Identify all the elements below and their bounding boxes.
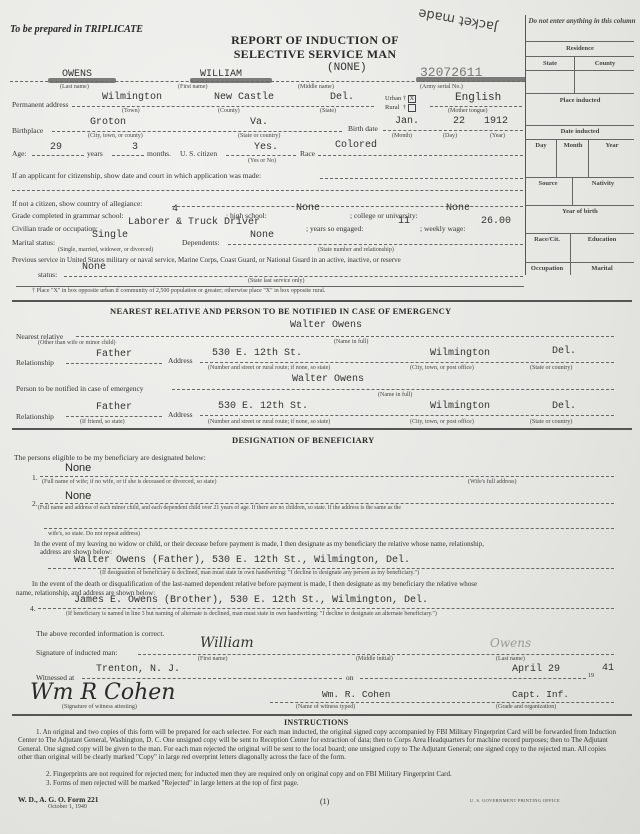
grammar-school-value: 4 [172, 204, 178, 215]
children-caption-2: wife's, so state. Do not repeat address) [48, 531, 140, 537]
beneficiary-intro: The persons eligible to be my beneficiar… [14, 453, 206, 462]
information-correct-statement: The above recorded information is correc… [36, 629, 164, 638]
birthplace-label: Birthplace [12, 126, 43, 135]
witness-grade-value: Capt. Inf. [512, 689, 569, 700]
previous-service-value: None [82, 262, 106, 273]
citizen-line [226, 155, 296, 156]
date-inducted-label: Date inducted [526, 128, 634, 135]
high-school-value: None [296, 203, 320, 214]
witness-typed-name: Wm. R. Cohen [322, 689, 390, 700]
notify-city-value: Wilmington [430, 401, 490, 412]
us-citizen-value: Yes. [254, 142, 278, 153]
notify-state-value: Del. [552, 401, 576, 412]
relationship-value-2: Father [96, 402, 132, 413]
citizenship-line [320, 178, 523, 179]
urban-checkbox[interactable]: X [408, 95, 416, 103]
beneficiary-line2b [44, 528, 614, 529]
instruction-2: 2. Fingerprints are not required for rej… [46, 770, 626, 778]
beneficiary-children-value: None [65, 490, 91, 502]
wife-caption: (Full name of wife; if no wife, or if sh… [42, 479, 216, 485]
dependents-label: Dependents: [182, 238, 220, 247]
relationship-line-1 [66, 363, 162, 364]
previous-service-line [64, 276, 523, 277]
rural-checkbox[interactable] [408, 104, 416, 112]
witness-grade-caption: (Grade and organization) [496, 704, 556, 710]
instruction-3: 3. Forms of men rejected will be marked … [46, 779, 626, 787]
notify-person-line [172, 389, 614, 390]
mother-tongue-line [430, 106, 522, 107]
weekly-wage-label: ; weekly wage: [420, 224, 465, 233]
address-label-2: Address [168, 410, 193, 419]
office-use-header: Do not enter anything in this column [528, 17, 636, 26]
year-prefix: 19 [588, 673, 594, 679]
notify-person-label: Person to be notified in case of emergen… [16, 384, 144, 393]
urban-rural-footnote: † Place "X" in box opposite urban if com… [32, 288, 325, 294]
notify-address-line [200, 415, 614, 416]
race-line [318, 155, 523, 156]
form-identifier: W. D., A. G. O. Form 221 [18, 795, 99, 804]
relationship-value-1: Father [96, 349, 132, 360]
rural-label: Rural [385, 104, 399, 111]
address-label-1: Address [168, 356, 193, 365]
urban-rural-selector: Urban † X Rural † [385, 94, 416, 112]
beneficiary-line4-number: 4. [30, 604, 36, 613]
notify-person-name: Walter Owens [292, 374, 364, 385]
relationship-label-2: Relationship [16, 412, 54, 421]
citizenship-application-label: If an applicant for citizenship, show da… [12, 171, 261, 180]
years-engaged-label: ; years so engaged: [306, 224, 363, 233]
witness-signature: Wm R Cohen [30, 680, 175, 705]
years-engaged-value: 11 [398, 216, 410, 227]
birth-state-caption: (State or country) [238, 133, 280, 139]
birth-day-value: 22 [453, 116, 465, 127]
relative-state-value: Del. [552, 346, 576, 357]
name-in-full-caption: (Name in full) [334, 339, 368, 345]
witness-date-value: April 29 [512, 664, 560, 675]
last-name-sig-caption: (Last name) [496, 656, 525, 662]
prepare-note: To be prepared in TRIPLICATE [10, 24, 143, 35]
beneficiary-line4 [38, 608, 614, 609]
year-of-birth-label: Year of birth [526, 208, 634, 215]
permanent-address-label: Permanent address [12, 100, 68, 109]
witness-year-value: 41 [602, 663, 614, 674]
education-column-label: Education [570, 236, 634, 243]
birth-state-value: Va. [250, 117, 268, 128]
form-date: October 1, 1940 [48, 804, 87, 810]
beneficiary-line3-value: Walter Owens (Father), 530 E. 12th St., … [74, 555, 410, 566]
nearest-relative-caption: (Other than wife or minor child) [38, 340, 115, 346]
race-value: Colored [335, 140, 377, 151]
relative-address-line [200, 362, 614, 363]
status-label: status: [38, 270, 57, 279]
place-inducted-label: Place inducted [526, 97, 634, 104]
alternate-decline-caption: (If beneficiary is named in line 3 but n… [66, 611, 437, 617]
dependents-value: None [250, 230, 274, 241]
previous-service-label: Previous service in United States milita… [12, 256, 401, 264]
middle-initial-caption: (Middle initial) [356, 656, 393, 662]
relationship-label-1: Relationship [16, 358, 54, 367]
birth-date-label: Birth date [348, 124, 378, 133]
instructions-title: INSTRUCTIONS [284, 718, 349, 727]
emergency-section-title: NEAREST RELATIVE AND PERSON TO BE NOTIFI… [110, 306, 452, 316]
birth-month-value: Jan. [395, 116, 419, 127]
citizen-caption: (Yes or No) [248, 158, 276, 164]
jacket-made-stamp: Jacket made [417, 5, 499, 34]
beneficiary-wife-value: None [65, 462, 91, 474]
street-caption-1: (Number and street or rural route; if no… [208, 365, 330, 371]
relationship-line-2 [66, 416, 162, 417]
nearest-relative-name: Walter Owens [290, 320, 362, 331]
on-label: on [346, 673, 354, 682]
state-column-label: State [526, 60, 574, 67]
town-caption: (Town) [122, 108, 140, 114]
section-divider [12, 428, 632, 430]
birth-city-caption: (City, town, or county) [88, 133, 143, 139]
witnessed-place-line [82, 678, 342, 679]
wife-address-caption: (Wife's full address) [468, 479, 517, 485]
beneficiary-line4-value: James E. Owens (Brother), 530 E. 12th St… [74, 595, 428, 606]
first-name-caption: (First name) [178, 84, 208, 90]
signature-label: Signature of inducted man: [36, 648, 117, 657]
decline-caption: (If designation of beneficiary is declin… [100, 570, 419, 576]
birthplace-line [52, 131, 342, 132]
marital-status-label: Marital status: [12, 238, 55, 247]
months-label: months. [147, 149, 171, 158]
address-line [72, 106, 374, 107]
witness-typed-line [270, 702, 460, 703]
birth-year-caption: (Year) [490, 133, 505, 139]
induction-form-page: To be prepared in TRIPLICATE REPORT OF I… [0, 0, 640, 834]
divider [16, 286, 524, 287]
witness-grade-line [452, 702, 614, 703]
age-months-line [112, 155, 144, 156]
beneficiary-line2-number: 2. [32, 499, 38, 508]
county-caption: (County) [218, 108, 240, 114]
urban-label: Urban [385, 95, 401, 102]
occupation-column-label: Occupation [526, 265, 568, 272]
month-column-label: Month [558, 142, 588, 149]
office-use-column: Do not enter anything in this column Res… [525, 15, 636, 275]
street-caption-2: (Number and street or rural route; if no… [208, 419, 330, 425]
mother-tongue-caption: (Mother tongue) [448, 108, 488, 114]
day-column-label: Day [526, 142, 556, 149]
name-line [10, 81, 525, 82]
state-caption-1: (State or country) [530, 365, 572, 371]
friend-caption: (If friend, so state) [80, 419, 125, 425]
middle-name-value: (NONE) [327, 62, 367, 74]
source-label: Source [526, 180, 570, 187]
allegiance-label: If not a citizen, show country of allegi… [12, 199, 142, 208]
beneficiary-line1 [40, 476, 614, 477]
beneficiary-line2 [40, 503, 614, 504]
beneficiary-section-title: DESIGNATION OF BENEFICIARY [232, 435, 375, 445]
us-citizen-label: U. S. citizen [180, 149, 217, 158]
marital-caption: (Single, married, widower, or divorced) [58, 247, 153, 253]
marital-column-label: Marital [570, 265, 634, 272]
address-town-value: Wilmington [102, 92, 162, 103]
relative-street-value: 530 E. 12th St. [212, 348, 302, 359]
birth-year-value: 1912 [484, 116, 508, 127]
witness-date-line [360, 678, 586, 679]
inductee-signature-first: William [200, 635, 254, 651]
notify-name-caption: (Name in full) [378, 392, 412, 398]
beneficiary-paragraph-3: In the event of my leaving no widow or c… [34, 540, 484, 548]
address-county-value: New Castle [214, 92, 274, 103]
beneficiary-line3 [48, 568, 614, 569]
instruction-1: 1. An original and two copies of this fo… [18, 728, 622, 761]
occupation-label: Civilian trade or occupation: [12, 224, 98, 233]
middle-name-caption: (Middle name) [298, 84, 334, 90]
beneficiary-paragraph-4: In the event of the death or disqualific… [32, 580, 477, 588]
state-caption-2: (State or country) [530, 419, 572, 425]
form-title-line1: REPORT OF INDUCTION OF [200, 33, 430, 48]
first-name-sig-caption: (First name) [198, 656, 228, 662]
serial-caption: (Army serial No.) [420, 84, 463, 90]
children-caption: (Full name and address of each minor chi… [38, 505, 401, 511]
city-caption-1: (City, town, or post office) [410, 365, 474, 371]
residence-label: Residence [526, 45, 634, 52]
inductee-signature-last: Owens [490, 636, 531, 650]
citizenship-line-2 [12, 190, 523, 191]
printer-credit: U. S. GOVERNMENT PRINTING OFFICE [470, 798, 560, 803]
birth-month-caption: (Month) [392, 133, 412, 139]
age-years-line [32, 155, 84, 156]
signature-line [138, 654, 614, 655]
state-caption: (State) [320, 108, 336, 114]
notify-street-value: 530 E. 12th St. [218, 401, 308, 412]
birth-date-line [383, 130, 523, 131]
witness-typed-caption: (Name of witness typed) [296, 704, 355, 710]
form-title-line2: SELECTIVE SERVICE MAN [200, 47, 430, 62]
birth-day-caption: (Day) [443, 133, 457, 139]
page-number: (1) [320, 797, 329, 806]
relative-city-value: Wilmington [430, 348, 490, 359]
birth-city-value: Groton [90, 117, 126, 128]
race-label: Race [300, 149, 315, 158]
nearest-relative-line [76, 336, 614, 337]
last-name-caption: (Last name) [60, 84, 89, 90]
beneficiary-line1-number: 1. [32, 473, 38, 482]
grammar-school-label: Grade completed in grammar school: [12, 211, 124, 220]
age-label: Age: [12, 149, 27, 158]
year-column-label: Year [590, 142, 634, 149]
college-value: None [446, 203, 470, 214]
weekly-wage-value: 26.00 [481, 216, 511, 227]
witness-signature-caption: (Signature of witness attesting) [62, 704, 137, 710]
race-cit-label: Race/Cit. [526, 236, 568, 243]
section-divider [12, 714, 632, 716]
section-divider [12, 300, 632, 302]
years-label: years [87, 149, 103, 158]
dependents-line [228, 244, 523, 245]
marital-status-value: Single [92, 230, 128, 241]
previous-service-caption: (State last service only) [248, 278, 304, 284]
dependents-caption: (State number and relationship) [318, 247, 394, 253]
city-caption-2: (City, town, or post office) [410, 419, 474, 425]
occupation-value: Laborer & Truck Driver [128, 217, 260, 228]
age-years-value: 29 [50, 142, 62, 153]
nativity-label: Nativity [572, 180, 634, 187]
allegiance-line [172, 206, 523, 207]
mother-tongue-value: English [455, 92, 501, 104]
age-months-value: 3 [132, 142, 138, 153]
county-column-label: County [576, 60, 634, 67]
witnessed-place-value: Trenton, N. J. [96, 664, 180, 675]
address-state-value: Del. [330, 92, 354, 103]
